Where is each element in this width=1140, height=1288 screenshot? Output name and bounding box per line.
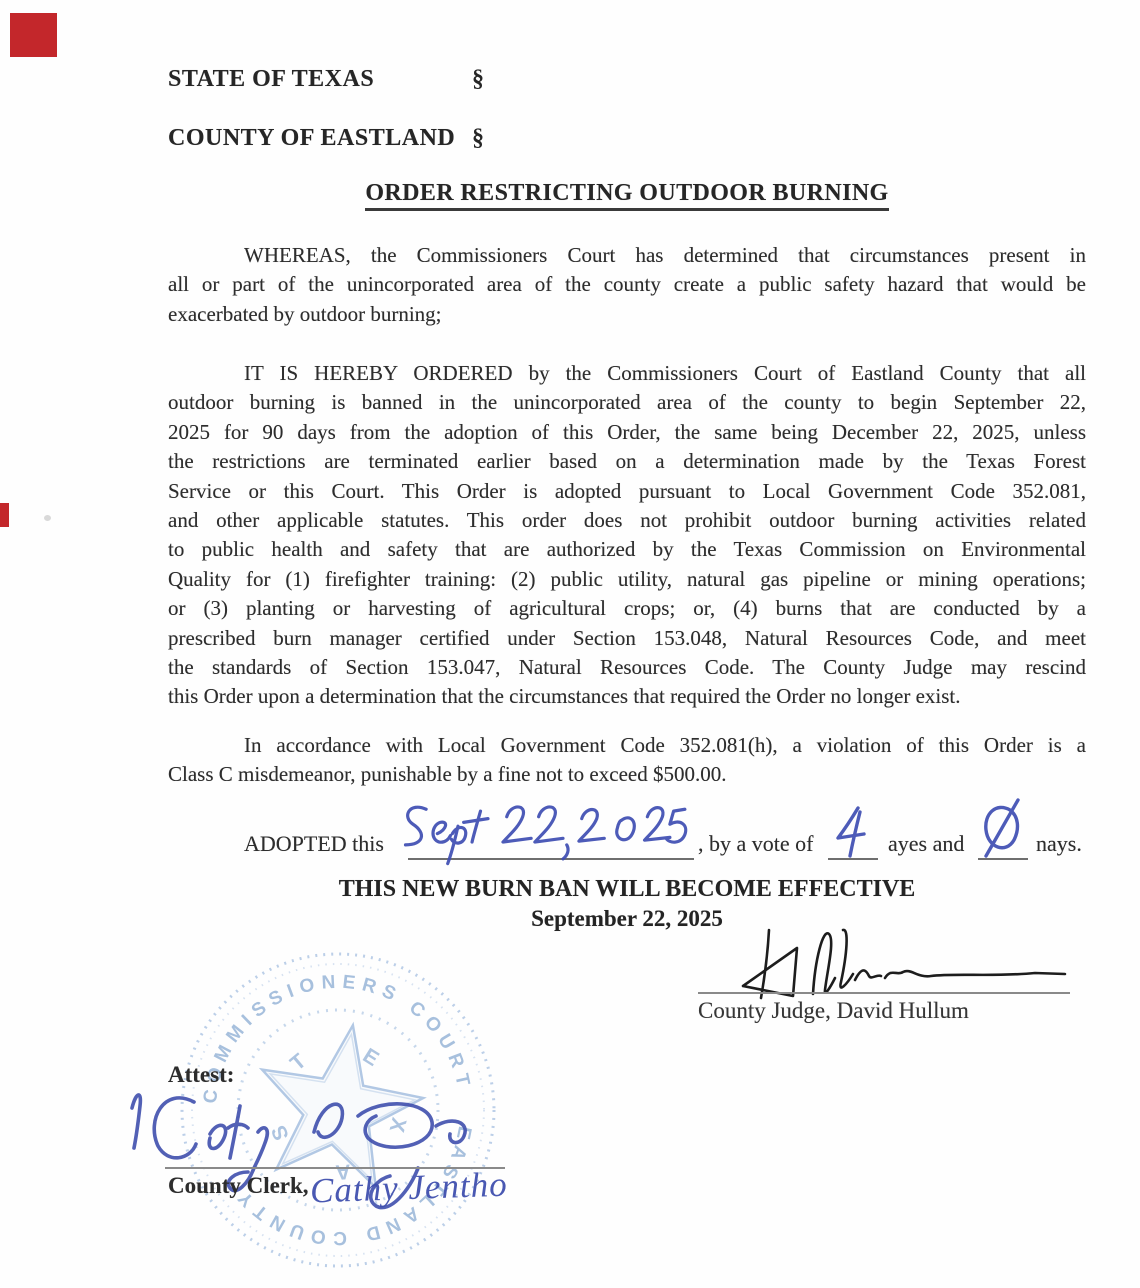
clerk-handwritten-name: Cathy Jentho xyxy=(309,1165,508,1212)
body-line: IT IS HEREBY ORDERED by the Commissioner… xyxy=(168,359,1086,388)
body-line: Service or this Court. This Order is ado… xyxy=(168,477,1086,506)
document-page: STATE OF TEXAS § COUNTY OF EASTLAND § OR… xyxy=(0,0,1140,1288)
document-title-row: ORDER RESTRICTING OUTDOOR BURNING xyxy=(168,180,1086,211)
handwritten-date xyxy=(398,788,698,868)
body-line: Quality for (1) firefighter training: (2… xyxy=(168,565,1086,594)
paragraph-whereas: WHEREAS, the Commissioners Court has det… xyxy=(168,241,1086,329)
body-line: Class C misdemeanor, punishable by a fin… xyxy=(168,760,1086,789)
body-line: WHEREAS, the Commissioners Court has det… xyxy=(168,241,1086,270)
adopted-prefix: ADOPTED this xyxy=(244,831,384,857)
scan-artifact-red-tick xyxy=(0,503,9,527)
section-symbol: § xyxy=(472,66,484,93)
document-title: ORDER RESTRICTING OUTDOOR BURNING xyxy=(365,180,888,211)
judge-signature-line xyxy=(698,992,1070,994)
nays-text: nays. xyxy=(1036,831,1082,857)
vote-text: , by a vote of xyxy=(698,831,813,857)
county-line: COUNTY OF EASTLAND xyxy=(168,125,455,152)
body-line: the standards of Section 153.047, Natura… xyxy=(168,653,1086,682)
body-line: prescribed burn manager certified under … xyxy=(168,624,1086,653)
handwritten-nays-count xyxy=(974,796,1024,860)
body-line: outdoor burning is banned in the unincor… xyxy=(168,388,1086,417)
section-symbol: § xyxy=(472,125,484,152)
body-line: and other applicable statutes. This orde… xyxy=(168,506,1086,535)
paragraph-penalty: In accordance with Local Government Code… xyxy=(168,731,1086,790)
body-line: In accordance with Local Government Code… xyxy=(168,731,1086,760)
body-line: to public health and safety that are aut… xyxy=(168,535,1086,564)
body-line: this Order upon a determination that the… xyxy=(168,682,1086,711)
body-line: or (3) planting or harvesting of agricul… xyxy=(168,594,1086,623)
body-line: the restrictions are terminated earlier … xyxy=(168,447,1086,476)
effective-line-1: THIS NEW BURN BAN WILL BECOME EFFECTIVE xyxy=(168,876,1086,903)
state-line: STATE OF TEXAS xyxy=(168,66,374,93)
scan-artifact-red-square xyxy=(10,13,57,57)
clerk-title-label: County Clerk, xyxy=(168,1173,309,1199)
body-line: exacerbated by outdoor burning; xyxy=(168,300,1086,329)
paragraph-order: IT IS HEREBY ORDERED by the Commissioner… xyxy=(168,359,1086,712)
body-line: all or part of the unincorporated area o… xyxy=(168,270,1086,299)
scan-speck xyxy=(44,515,51,521)
seal-star-letter: E xyxy=(359,1044,383,1071)
judge-title-label: County Judge, David Hullum xyxy=(698,998,969,1024)
ayes-text: ayes and xyxy=(888,831,964,857)
handwritten-ayes-count xyxy=(834,804,874,860)
body-line: 2025 for 90 days from the adoption of th… xyxy=(168,418,1086,447)
